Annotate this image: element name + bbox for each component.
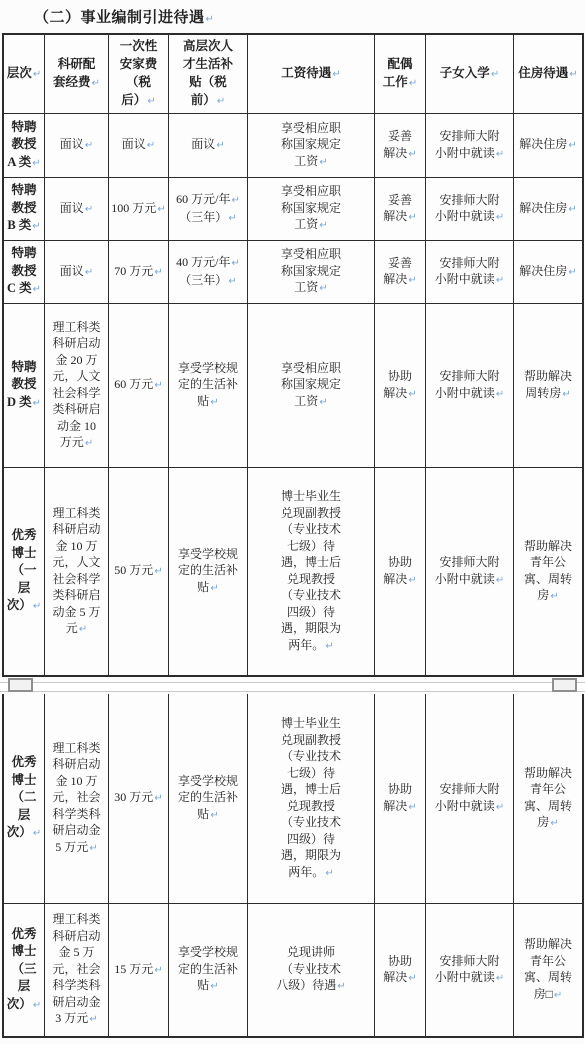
table-cell: 协助解决↵ <box>375 694 426 904</box>
table-cell: 安排师大附小附中就读↵ <box>426 114 514 178</box>
paragraph-mark-icon: ↵ <box>408 212 416 223</box>
section-title: （二）事业编制引进待遇↵ <box>34 6 214 27</box>
paragraph-mark-icon: ↵ <box>325 641 333 652</box>
table-cell: 博士毕业生兑现副教授（专业技术七级）待遇，博士后兑现教授（专业技术四级）待遇，期… <box>248 468 375 675</box>
page-break-tab-left-icon <box>8 678 33 692</box>
paragraph-mark-icon: ↵ <box>89 843 97 854</box>
table-cell: 安排师大附小附中就读↵ <box>426 694 514 904</box>
table-cell: 解决住房↵ <box>514 241 582 304</box>
paragraph-mark-icon: ↵ <box>154 793 162 804</box>
paragraph-mark-icon: ↵ <box>408 275 416 286</box>
paragraph-mark-icon: ↵ <box>154 380 162 391</box>
table-cell: 帮助解决青年公寓、周转房□↵ <box>514 904 582 1036</box>
paragraph-mark-icon: ↵ <box>228 213 236 224</box>
table-cell: 解决住房↵ <box>514 114 582 178</box>
paragraph-mark-icon: ↵ <box>550 591 558 602</box>
paragraph-mark-icon: ↵ <box>408 973 416 984</box>
paragraph-mark-icon: ↵ <box>85 438 93 449</box>
table-cell: 安排师大附小附中就读↵ <box>426 468 514 675</box>
paragraph-mark-icon: ↵ <box>154 965 162 976</box>
level-cell: 特聘教授B 类↵ <box>4 178 45 241</box>
paragraph-mark-icon: ↵ <box>206 14 215 25</box>
paragraph-mark-icon: ↵ <box>568 267 576 278</box>
paragraph-mark-icon: ↵ <box>496 149 504 160</box>
paragraph-mark-icon: ↵ <box>33 828 41 839</box>
paragraph-mark-icon: ↵ <box>154 566 162 577</box>
table-cell: 面议↵ <box>169 114 248 178</box>
paragraph-mark-icon: ↵ <box>496 973 504 984</box>
paragraph-mark-icon: ↵ <box>216 140 224 151</box>
column-header-settling-allowance: 一次性安家费（税后）↵ <box>109 35 169 114</box>
table-cell: 协助解决↵ <box>375 904 426 1036</box>
paragraph-mark-icon: ↵ <box>319 283 327 294</box>
paragraph-mark-icon: ↵ <box>147 96 155 107</box>
paragraph-mark-icon: ↵ <box>562 389 570 400</box>
level-cell: 优秀博士（三层次）↵ <box>4 904 45 1036</box>
table-cell: 安排师大附小附中就读↵ <box>426 304 514 468</box>
column-header-level: 层次↵ <box>4 35 45 114</box>
table-cell: 70 万元↵ <box>109 241 169 304</box>
table-cell: 60 万元↵ <box>109 304 169 468</box>
table-cell: 享受相应职称国家规定工资↵ <box>248 178 375 241</box>
table-cell: 理工科类科研启动金 10 万元，人文社会科学类科研启动金 5 万元↵ <box>45 468 109 675</box>
table-cell: 面议↵ <box>45 241 109 304</box>
table-cell: 面议↵ <box>45 114 109 178</box>
table-cell: 帮助解决周转房↵ <box>514 304 582 468</box>
paragraph-mark-icon: ↵ <box>231 258 239 269</box>
paragraph-mark-icon: ↵ <box>319 220 327 231</box>
table-cell: 理工科类科研启动金 5 万元，社会科学类科研启动金3 万元↵ <box>45 904 109 1036</box>
table-cell: 享受相应职称国家规定工资↵ <box>248 241 375 304</box>
table-cell: 享受相应职称国家规定工资↵ <box>248 304 375 468</box>
paragraph-mark-icon: ↵ <box>33 1000 41 1011</box>
table-cell: 博士毕业生兑现副教授（专业技术七级）待遇，博士后兑现教授（专业技术四级）待遇，期… <box>248 694 375 904</box>
table-cell: 15 万元↵ <box>109 904 169 1036</box>
paragraph-mark-icon: ↵ <box>319 397 327 408</box>
paragraph-mark-icon: ↵ <box>157 204 165 215</box>
table-cell: 享受相应职称国家规定工资↵ <box>248 114 375 178</box>
table-cell: 兑现讲师（专业技术八级）待遇↵ <box>248 904 375 1036</box>
paragraph-mark-icon: ↵ <box>496 275 504 286</box>
paragraph-mark-icon: ↵ <box>550 818 558 829</box>
level-cell: 特聘教授A 类↵ <box>4 114 45 178</box>
column-header-living-subsidy: 高层次人才生活补贴（税前）↵ <box>169 35 248 114</box>
paragraph-mark-icon: ↵ <box>231 195 239 206</box>
paragraph-mark-icon: ↵ <box>408 575 416 586</box>
paragraph-mark-icon: ↵ <box>409 78 417 89</box>
paragraph-mark-icon: ↵ <box>496 389 504 400</box>
level-cell: 特聘教授C 类↵ <box>4 241 45 304</box>
table-cell: 享受学校规定的生活补贴↵ <box>169 304 248 468</box>
paragraph-mark-icon: ↵ <box>496 575 504 586</box>
table-cell: 协助解决↵ <box>375 468 426 675</box>
paragraph-mark-icon: ↵ <box>85 140 93 151</box>
table-cell: 享受学校规定的生活补贴↵ <box>169 694 248 904</box>
paragraph-mark-icon: ↵ <box>496 802 504 813</box>
paragraph-mark-icon: ↵ <box>325 868 333 879</box>
paragraph-mark-icon: ↵ <box>408 149 416 160</box>
paragraph-mark-icon: ↵ <box>217 96 225 107</box>
benefits-table-section-2: 优秀博士（二层次）↵理工科类科研启动金 10 万元，社会科学类科研启动金5 万元… <box>2 694 584 1038</box>
document-page: （二）事业编制引进待遇↵ 层次↵科研配套经费↵一次性安家费（税后）↵高层次人才生… <box>0 0 585 1044</box>
page-break-tab-right-icon <box>552 678 577 692</box>
paragraph-mark-icon: ↵ <box>554 990 562 1001</box>
paragraph-mark-icon: ↵ <box>496 212 504 223</box>
paragraph-mark-icon: ↵ <box>568 204 576 215</box>
paragraph-mark-icon: ↵ <box>228 276 236 287</box>
table-cell: 妥善解决↵ <box>375 114 426 178</box>
paragraph-mark-icon: ↵ <box>147 140 155 151</box>
paragraph-mark-icon: ↵ <box>32 221 40 232</box>
paragraph-mark-icon: ↵ <box>33 284 41 295</box>
table-cell: 面议↵ <box>45 178 109 241</box>
paragraph-mark-icon: ↵ <box>85 204 93 215</box>
paragraph-mark-icon: ↵ <box>79 624 87 635</box>
benefits-table-section-1: 层次↵科研配套经费↵一次性安家费（税后）↵高层次人才生活补贴（税前）↵工资待遇↵… <box>2 33 584 677</box>
table-cell: 安排师大附小附中就读↵ <box>426 904 514 1036</box>
paragraph-mark-icon: ↵ <box>408 389 416 400</box>
column-header-spouse-work: 配偶工作↵ <box>375 35 426 114</box>
paragraph-mark-icon: ↵ <box>569 69 577 80</box>
table-cell: 协助解决↵ <box>375 304 426 468</box>
column-header-housing: 住房待遇↵ <box>514 35 582 114</box>
paragraph-mark-icon: ↵ <box>408 802 416 813</box>
paragraph-mark-icon: ↵ <box>210 583 218 594</box>
level-cell: 优秀博士（一层次）↵ <box>4 468 45 675</box>
paragraph-mark-icon: ↵ <box>337 981 345 992</box>
paragraph-mark-icon: ↵ <box>210 397 218 408</box>
paragraph-mark-icon: ↵ <box>332 69 340 80</box>
table-cell: 理工科类科研启动金 10 万元，社会科学类科研启动金5 万元↵ <box>45 694 109 904</box>
paragraph-mark-icon: ↵ <box>33 398 41 409</box>
table-cell: 安排师大附小附中就读↵ <box>426 241 514 304</box>
table-cell: 享受学校规定的生活补贴↵ <box>169 904 248 1036</box>
table-cell: 享受学校规定的生活补贴↵ <box>169 468 248 675</box>
paragraph-mark-icon: ↵ <box>92 78 100 89</box>
table-cell: 100 万元↵ <box>109 178 169 241</box>
table-cell: 50 万元↵ <box>109 468 169 675</box>
paragraph-mark-icon: ↵ <box>89 1014 97 1025</box>
paragraph-mark-icon: ↵ <box>210 981 218 992</box>
paragraph-mark-icon: ↵ <box>85 267 93 278</box>
table-cell: 妥善解决↵ <box>375 178 426 241</box>
column-header-research-fund: 科研配套经费↵ <box>45 35 109 114</box>
table-cell: 60 万元/年↵（三年）↵ <box>169 178 248 241</box>
paragraph-mark-icon: ↵ <box>568 140 576 151</box>
table-cell: 妥善解决↵ <box>375 241 426 304</box>
section-title-text: （二）事业编制引进待遇 <box>34 10 205 26</box>
page-break-band <box>0 682 585 692</box>
paragraph-mark-icon: ↵ <box>33 601 41 612</box>
paragraph-mark-icon: ↵ <box>33 69 41 80</box>
table-cell: 40 万元/年↵（三年）↵ <box>169 241 248 304</box>
table-cell: 面议↵ <box>109 114 169 178</box>
paragraph-mark-icon: ↵ <box>210 810 218 821</box>
column-header-salary: 工资待遇↵ <box>248 35 375 114</box>
table-cell: 30 万元↵ <box>109 694 169 904</box>
paragraph-mark-icon: ↵ <box>491 69 499 80</box>
paragraph-mark-icon: ↵ <box>319 157 327 168</box>
table-cell: 理工科类科研启动金 20 万元，人文社会科学类科研启动金 10万元↵ <box>45 304 109 468</box>
paragraph-mark-icon: ↵ <box>154 267 162 278</box>
level-cell: 优秀博士（二层次）↵ <box>4 694 45 904</box>
table-cell: 解决住房↵ <box>514 178 582 241</box>
table-cell: 帮助解决青年公寓、周转房↵ <box>514 694 582 904</box>
table-cell: 安排师大附小附中就读↵ <box>426 178 514 241</box>
table-cell: 帮助解决青年公寓、周转房↵ <box>514 468 582 675</box>
level-cell: 特聘教授D 类↵ <box>4 304 45 468</box>
column-header-children-school: 子女入学↵ <box>426 35 514 114</box>
paragraph-mark-icon: ↵ <box>32 158 40 169</box>
